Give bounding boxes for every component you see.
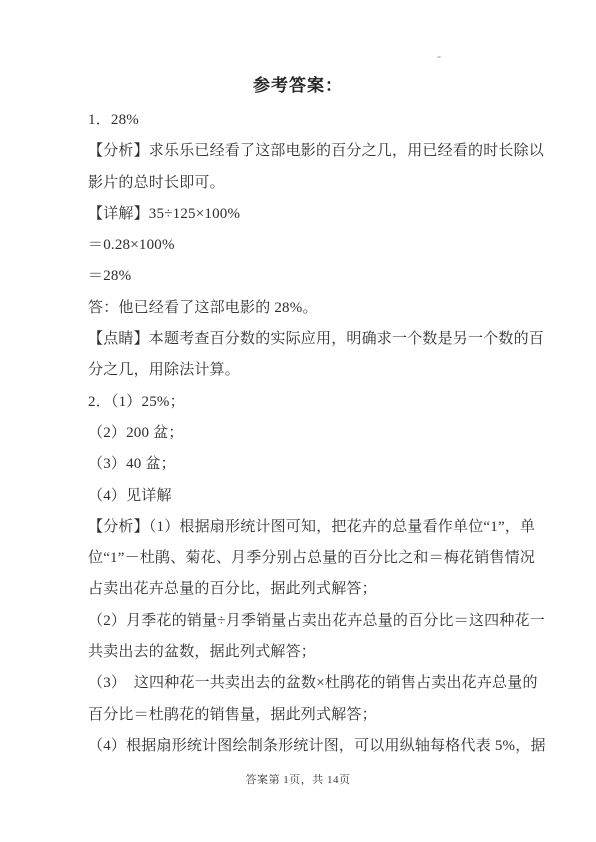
answer-line-q2-part2: （2）200 盆； bbox=[88, 418, 518, 449]
answer-line-q2-part1: 2．（1）25%； bbox=[88, 387, 518, 418]
answer-line-q2-part3: （3）40 盆； bbox=[88, 449, 518, 480]
answer-page: 参考答案： 1．28% 【分析】求乐乐已经看了这部电影的百分之几，用已经看的时长… bbox=[0, 0, 596, 842]
answer-line-analysis-1: 【分析】求乐乐已经看了这部电影的百分之几，用已经看的时长除以 bbox=[88, 136, 518, 167]
page-title: 参考答案： bbox=[0, 74, 596, 98]
answer-line-analysis-2d: （2）月季花的销量÷月季销量占卖出花卉总量的百分比＝这四种花一 bbox=[88, 606, 518, 637]
answer-line-analysis-2a: 【分析】（1）根据扇形统计图可知，把花卉的总量看作单位“1”，单 bbox=[88, 512, 518, 543]
answer-body: 1．28% 【分析】求乐乐已经看了这部电影的百分之几，用已经看的时长除以 影片的… bbox=[88, 105, 518, 762]
answer-line-analysis-2e: 共卖出去的盆数，据此列式解答； bbox=[88, 637, 518, 668]
page-footer: 答案第 1页，共 14页 bbox=[0, 771, 596, 787]
answer-line-analysis-2c: 占卖出花卉总量的百分比，据此列式解答； bbox=[88, 574, 518, 605]
answer-line-q2-part4: （4）见详解 bbox=[88, 481, 518, 512]
answer-line-solution-1: 【详解】35÷125×100% bbox=[88, 199, 518, 230]
answer-line-step-1: ＝0.28×100% bbox=[88, 230, 518, 261]
scan-artifact bbox=[437, 56, 441, 58]
answer-line-analysis-2g: 百分比＝杜鹃花的销售量，据此列式解答； bbox=[88, 700, 518, 731]
answer-line-q1: 1．28% bbox=[88, 105, 518, 136]
answer-line-step-2: ＝28% bbox=[88, 261, 518, 292]
answer-line-answer-1: 答：他已经看了这部电影的 28%。 bbox=[88, 293, 518, 324]
answer-line-analysis-1b: 影片的总时长即可。 bbox=[88, 168, 518, 199]
answer-line-analysis-2f: （3） 这四种花一共卖出去的盆数×杜鹃花的销售占卖出花卉总量的 bbox=[88, 668, 518, 699]
answer-line-analysis-2h: （4）根据扇形统计图绘制条形统计图，可以用纵轴每格代表 5%，据 bbox=[88, 731, 518, 762]
answer-line-remark-1b: 分之几，用除法计算。 bbox=[88, 355, 518, 386]
answer-line-remark-1: 【点睛】本题考查百分数的实际应用，明确求一个数是另一个数的百 bbox=[88, 324, 518, 355]
answer-line-analysis-2b: 位“1”－杜鹃、菊花、月季分别占总量的百分比之和＝梅花销售情况 bbox=[88, 543, 518, 574]
